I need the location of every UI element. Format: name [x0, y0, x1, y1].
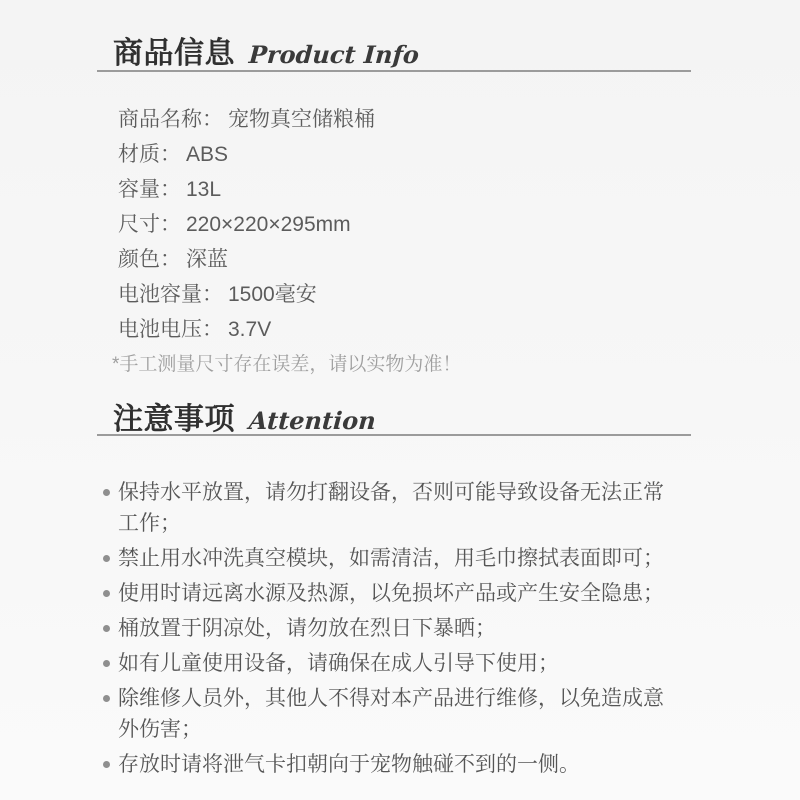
spec-row-battery-voltage: 电池电压：3.7V: [118, 312, 691, 347]
spec-value: 220×220×295mm: [186, 213, 351, 236]
attention-header: 注意事项 Attention: [97, 394, 691, 428]
attention-list: 保持水平放置，请勿打翻设备，否则可能导致设备无法正常工作； 禁止用水冲洗真空模块…: [97, 477, 691, 780]
spec-row-color: 颜色：深蓝: [118, 242, 691, 277]
product-info-title-en: Product Info: [248, 40, 420, 69]
spec-label: 电池容量：: [118, 283, 223, 306]
spec-label: 颜色：: [118, 248, 181, 271]
spec-label: 材质：: [118, 143, 181, 166]
spec-label: 电池电压：: [118, 318, 223, 341]
product-info-title-cn: 商品信息: [113, 28, 235, 72]
spec-list: 商品名称：宠物真空储粮桶 材质：ABS 容量：13L 尺寸：220×220×29…: [97, 102, 691, 347]
spec-row-capacity: 容量：13L: [118, 172, 691, 207]
spec-row-product-name: 商品名称：宠物真空储粮桶: [118, 102, 691, 137]
attention-item: 如有儿童使用设备，请确保在成人引导下使用；: [103, 648, 665, 679]
spec-value: 1500毫安: [228, 283, 317, 306]
attention-item: 存放时请将泄气卡扣朝向于宠物触碰不到的一侧。: [103, 749, 665, 780]
product-info-header: 商品信息 Product Info: [97, 28, 691, 62]
spec-value: 13L: [186, 178, 221, 201]
attention-item: 除维修人员外，其他人不得对本产品进行维修，以免造成意外伤害；: [103, 683, 665, 745]
spec-row-battery-capacity: 电池容量：1500毫安: [118, 277, 691, 312]
spec-label: 尺寸：: [118, 213, 181, 236]
attention-title-en: Attention: [248, 406, 377, 435]
spec-value: ABS: [186, 143, 228, 166]
spec-label: 商品名称：: [118, 108, 223, 131]
spec-value: 宠物真空储粮桶: [228, 108, 375, 131]
measurement-disclaimer: *手工测量尺寸存在误差，请以实物为准！: [97, 350, 691, 380]
attention-item: 保持水平放置，请勿打翻设备，否则可能导致设备无法正常工作；: [103, 477, 665, 539]
attention-title-cn: 注意事项: [113, 394, 235, 438]
attention-item: 桶放置于阴凉处，请勿放在烈日下暴晒；: [103, 613, 665, 644]
spec-value: 3.7V: [228, 318, 271, 341]
attention-item: 禁止用水冲洗真空模块，如需清洁，用毛巾擦拭表面即可；: [103, 543, 665, 574]
spec-value: 深蓝: [186, 248, 228, 271]
spec-row-dimensions: 尺寸：220×220×295mm: [118, 207, 691, 242]
spec-row-material: 材质：ABS: [118, 137, 691, 172]
product-detail-page: 商品信息 Product Info 商品名称：宠物真空储粮桶 材质：ABS 容量…: [97, 0, 691, 780]
spec-label: 容量：: [118, 178, 181, 201]
attention-item: 使用时请远离水源及热源，以免损坏产品或产生安全隐患；: [103, 578, 665, 609]
